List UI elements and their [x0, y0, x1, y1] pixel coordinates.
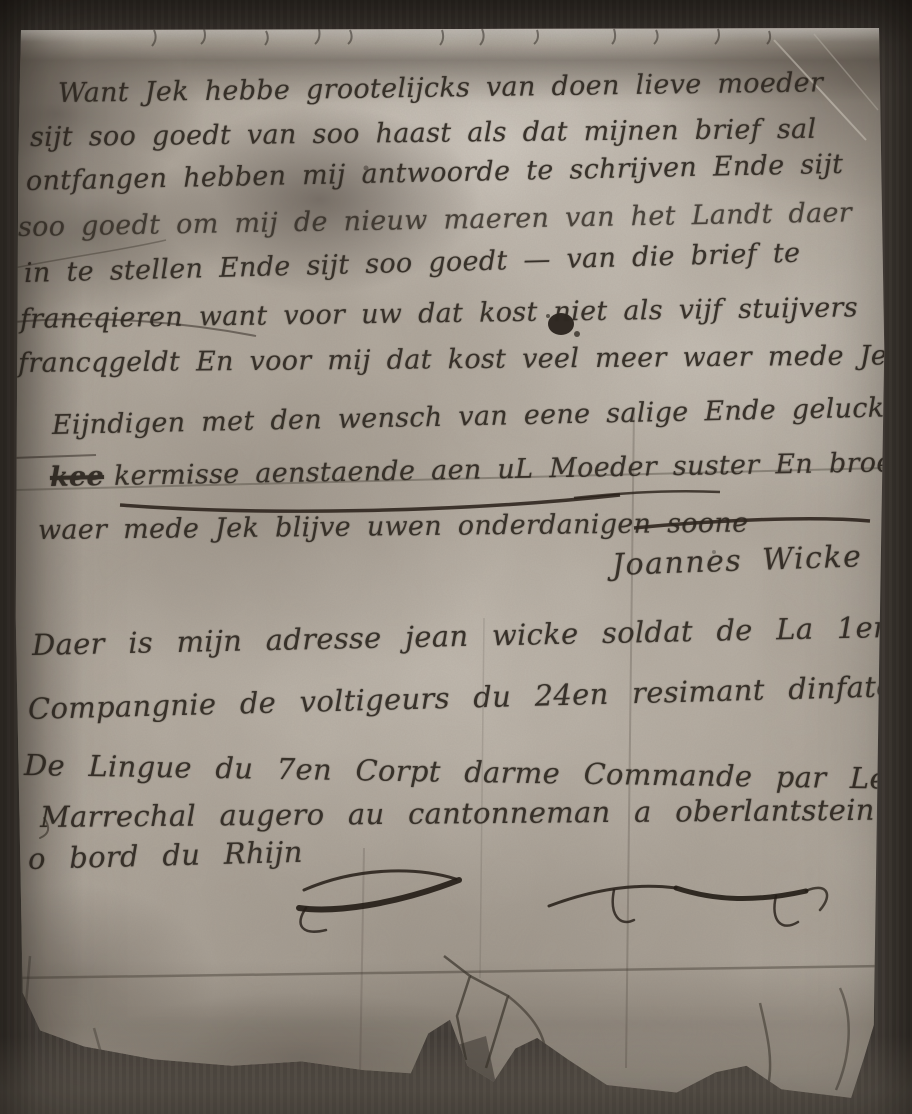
address-line: Compangnie de voltigeurs du 24en resiman… — [28, 668, 912, 726]
address-line: De Lingue du 7en Corpt darme Commande pa… — [24, 748, 888, 796]
letter-line: in te stellen Ende sijt soo goedt — van … — [24, 238, 801, 289]
letter-line: ontfangen hebben mij antwoorde te schrij… — [26, 149, 844, 197]
struck-word: kee — [50, 461, 105, 493]
fold-creases — [14, 408, 886, 1076]
address-line: o bord du Rhijn — [28, 835, 304, 876]
letter-line: sijt soo goedt van soo haast als dat mij… — [30, 114, 817, 153]
letter-line: keekermisse aenstaende aen uL Moeder sus… — [50, 446, 912, 493]
letter-photograph: Want Jek hebbe grootelijcks van doen lie… — [0, 0, 912, 1114]
pen-flourishes — [40, 818, 827, 932]
address-line: Daer is mijn adresse jean wicke soldat d… — [32, 610, 893, 662]
paper-sheet: Want Jek hebbe grootelijcks van doen lie… — [14, 28, 886, 1100]
signature: Joannes Wicke — [611, 539, 863, 583]
letter-line: francqieren want voor uw dat kost niet a… — [20, 292, 858, 335]
letter-line: francqgeldt En voor mij dat kost veel me… — [18, 340, 904, 379]
paper-tears — [24, 956, 849, 1090]
letter-line-text: kermisse aenstaende aen uL Moeder suster… — [114, 446, 912, 491]
letter-line: Eijndigen met den wensch van eene salige… — [52, 392, 912, 441]
address-line: Marrechal augero au cantonneman a oberla… — [40, 793, 875, 834]
letter-line: soo goedt om mij de nieuw maeren van het… — [18, 197, 853, 243]
letter-line: waer mede Jek blijve uwen onderdanigen s… — [38, 508, 749, 546]
cropped-text-descenders — [152, 29, 770, 46]
letter-line: Want Jek hebbe grootelijcks van doen lie… — [58, 67, 824, 109]
